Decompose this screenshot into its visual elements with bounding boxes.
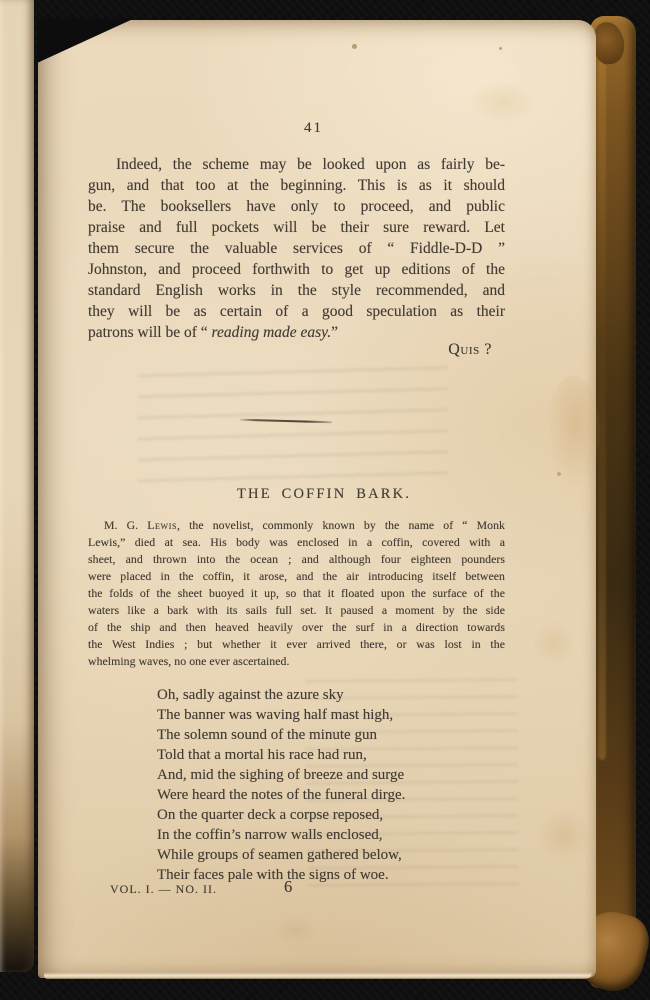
page-corner-shadow <box>37 19 133 63</box>
verso-show-through <box>137 359 448 490</box>
poem-line: Were heard the notes of the funeral dirg… <box>157 785 405 805</box>
intro-first-line-rest: , the novelist, commonly known by the na… <box>177 518 505 532</box>
text-line: Lewis,” died at sea. His body was enclos… <box>88 534 505 551</box>
text-line: them secure the valuable services of “ F… <box>88 238 505 259</box>
foxing-stain <box>534 618 574 668</box>
editorial-paragraph: Indeed, the scheme may be looked upon as… <box>88 154 505 343</box>
last-line-text: patrons will be of “ <box>88 324 212 341</box>
text-line: Johnston, and proceed forthwith to get u… <box>88 259 505 280</box>
poem-line: Oh, sadly against the azure sky <box>157 685 405 705</box>
book-page: 41 Indeed, the scheme may be looked upon… <box>38 20 596 978</box>
poem-line: On the quarter deck a corpse reposed, <box>157 805 405 825</box>
foxing-stain <box>538 806 590 864</box>
text-line: the folds of the sheet buoyed it up, so … <box>88 585 505 602</box>
text-line: whelming waves, no one ever ascertained. <box>88 653 505 670</box>
editorial-lines: Indeed, the scheme may be looked upon as… <box>88 154 505 322</box>
foxing-stain <box>468 80 538 124</box>
ink-speck <box>352 44 357 49</box>
foxing-stain <box>274 916 318 944</box>
page-number: 41 <box>304 120 323 137</box>
text-line: were placed in the coffin, it arose, and… <box>88 568 505 585</box>
text-line: waters like a bark with its sails full s… <box>88 602 505 619</box>
poem-line: Told that a mortal his race had run, <box>157 745 405 765</box>
article-title: THE COFFIN BARK. <box>237 486 411 503</box>
text-line: the West Indies ; but whether it ever ar… <box>88 636 505 653</box>
signature-name: Quis <box>448 341 480 358</box>
foxing-stain <box>546 376 600 490</box>
closing-quote: ” <box>331 324 338 341</box>
book-board-edge <box>590 16 636 988</box>
text-line: sheet, and thrown into the ocean ; and a… <box>88 551 505 568</box>
text-line: they will be as certain of a good specul… <box>88 301 505 322</box>
author-signature: Quis ? <box>448 341 492 359</box>
signature-punctuation: ? <box>480 341 492 358</box>
editorial-last-line: patrons will be of “ reading made easy.” <box>88 322 505 343</box>
text-line: of the ship and then heaved heavily over… <box>88 619 505 636</box>
article-intro-paragraph: M. G. Lewis, the novelist, commonly know… <box>88 517 505 670</box>
text-line: Indeed, the scheme may be looked upon as… <box>88 154 505 175</box>
intro-initials: M. G. <box>104 518 147 532</box>
photo-background: 41 Indeed, the scheme may be looked upon… <box>0 0 650 1000</box>
ink-speck <box>499 47 502 50</box>
ink-speck <box>557 472 561 476</box>
footer-volume-label: VOL. I. — NO. II. <box>110 882 217 897</box>
poem-line: The solemn sound of the minute gun <box>157 725 405 745</box>
poem-line: The banner was waving half mast high, <box>157 705 405 725</box>
facing-page-fore-edge <box>0 0 34 972</box>
poem-line: In the coffin’s narrow walls enclosed, <box>157 825 405 845</box>
text-line: standard English works in the style reco… <box>88 280 505 301</box>
book-board-texture <box>598 60 606 760</box>
text-line: gun, and that too at the beginning. This… <box>88 175 505 196</box>
text-line: be. The booksellers have only to proceed… <box>88 196 505 217</box>
poem-line: And, mid the sighing of breeze and surge <box>157 765 405 785</box>
intro-first-line: M. G. Lewis, the novelist, commonly know… <box>88 517 505 534</box>
italic-phrase: reading made easy. <box>212 324 332 341</box>
footer-sheet-number: 6 <box>284 877 292 897</box>
intro-lines: Lewis,” died at sea. His body was enclos… <box>88 534 505 670</box>
author-name-smallcaps: Lewis <box>147 518 177 532</box>
text-line: praise and full pockets will be their su… <box>88 217 505 238</box>
poem-stanza: Oh, sadly against the azure skyThe banne… <box>157 685 405 885</box>
poem-line: While groups of seamen gathered below, <box>157 845 405 865</box>
